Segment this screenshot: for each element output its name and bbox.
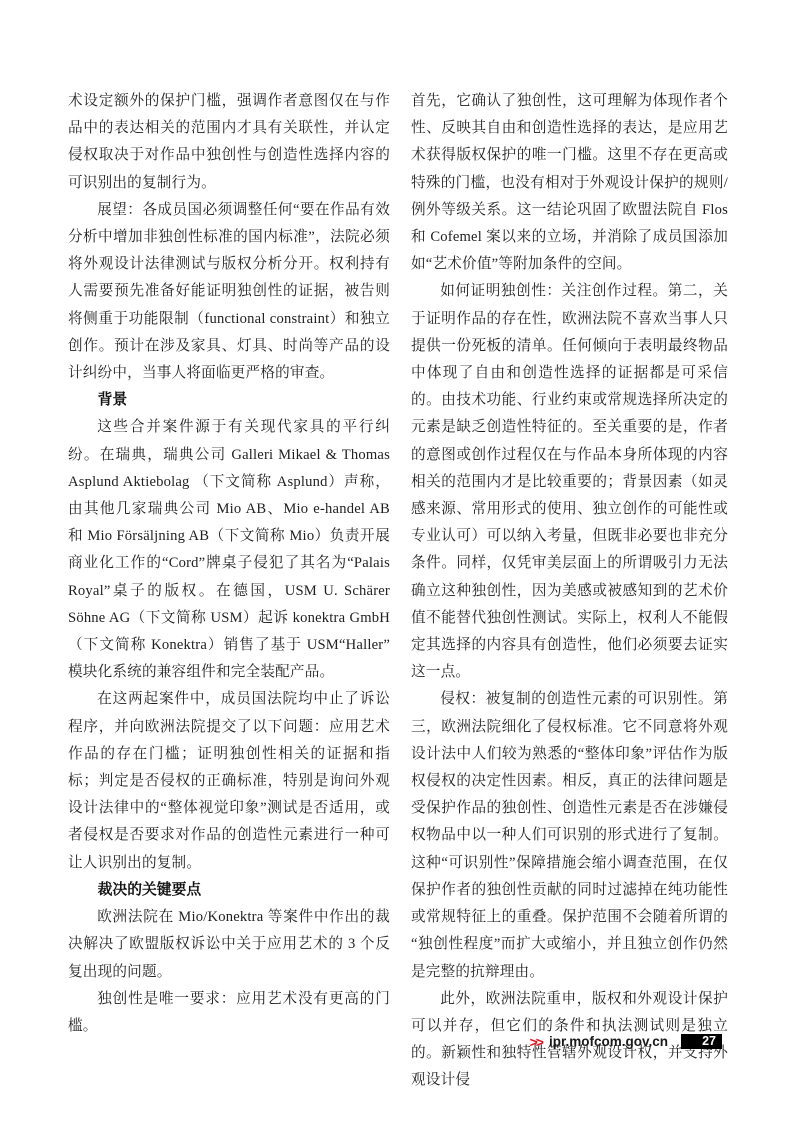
- two-column-text-area: 术设定额外的保护门槛，强调作者意图仅在与作品中的表达相关的范围内才具有关联性，并…: [0, 0, 794, 1095]
- right-column: 首先，它确认了独创性，这可理解为体现作者个性、反映其自由和创造性选择的表达，是应…: [411, 88, 728, 1095]
- left-column: 术设定额外的保护门槛，强调作者意图仅在与作品中的表达相关的范围内才具有关联性，并…: [68, 88, 390, 1095]
- paragraph-originality-requirement: 独创性是唯一要求：应用艺术没有更高的门槛。: [68, 986, 390, 1040]
- paragraph-continuation: 术设定额外的保护门槛，强调作者意图仅在与作品中的表达相关的范围内才具有关联性，并…: [68, 88, 390, 197]
- paragraph-referred-questions: 在这两起案件中，成员国法院均中止了诉讼程序，并向欧洲法院提交了以下问题：应用艺术…: [68, 686, 390, 876]
- page-footer: >> ipr.mofcom.gov.cn 27: [530, 1034, 722, 1049]
- double-chevron-icon: >>: [530, 1035, 542, 1049]
- paragraph-originality-confirmed: 首先，它确认了独创性，这可理解为体现作者个性、反映其自由和创造性选择的表达，是应…: [411, 88, 728, 278]
- page-number-badge: 27: [681, 1034, 722, 1049]
- paragraph-infringement-standard: 侵权：被复制的创造性元素的可识别性。第三，欧洲法院细化了侵权标准。它不同意将外观…: [411, 686, 728, 985]
- page-number: 27: [702, 1035, 716, 1048]
- paragraph-ruling-summary: 欧洲法院在 Mio/Konektra 等案件中作出的裁决解决了欧盟版权诉讼中关于…: [68, 904, 390, 986]
- paragraph-proving-originality: 如何证明独创性：关注创作过程。第二，关于证明作品的存在性，欧洲法院不喜欢当事人只…: [411, 278, 728, 686]
- document-page: 术设定额外的保护门槛，强调作者意图仅在与作品中的表达相关的范围内才具有关联性，并…: [0, 0, 794, 1122]
- section-heading-background: 背景: [68, 387, 390, 414]
- paragraph-outlook: 展望：各成员国必须调整任何“要在作品有效分析中增加非独创性标准的国内标准”，法院…: [68, 197, 390, 387]
- footer-site-url: ipr.mofcom.gov.cn: [549, 1035, 668, 1049]
- section-heading-key-points: 裁决的关键要点: [68, 877, 390, 904]
- paragraph-background-cases: 这些合并案件源于有关现代家具的平行纠纷。在瑞典，瑞典公司 Galleri Mik…: [68, 414, 390, 686]
